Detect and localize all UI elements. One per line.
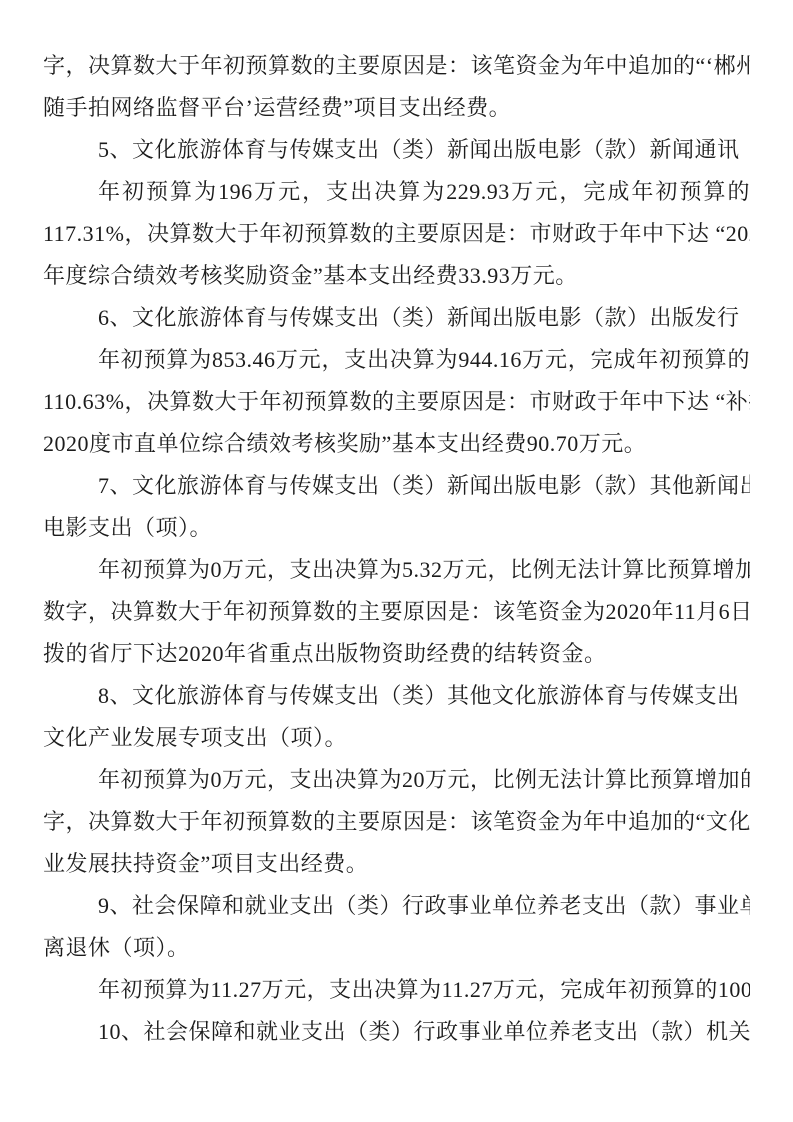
text-line: 年初预算为0万元，支出决算为5.32万元，比例无法计算比预算增加的 bbox=[43, 549, 750, 591]
text-line: 6、文化旅游体育与传媒支出（类）新闻出版电影（款）出版发行（项）。 bbox=[43, 297, 750, 339]
text-line: 业发展扶持资金”项目支出经费。 bbox=[43, 843, 750, 885]
text-line: 8、文化旅游体育与传媒支出（类）其他文化旅游体育与传媒支出（款） bbox=[43, 675, 750, 717]
text-line: 数字，决算数大于年初预算数的主要原因是：该笔资金为2020年11月6日下 bbox=[43, 591, 750, 633]
paragraph: 字，决算数大于年初预算数的主要原因是：该笔资金为年中追加的“‘郴州随手拍网络监督… bbox=[43, 45, 750, 129]
paragraph: 9、社会保障和就业支出（类）行政事业单位养老支出（款）事业单位离退休（项）。 bbox=[43, 885, 750, 969]
paragraph: 5、文化旅游体育与传媒支出（类）新闻出版电影（款）新闻通讯（项）。 bbox=[43, 129, 750, 171]
paragraph: 年初预算为0万元，支出决算为5.32万元，比例无法计算比预算增加的数字，决算数大… bbox=[43, 549, 750, 675]
text-line: 字，决算数大于年初预算数的主要原因是：该笔资金为年中追加的“‘郴州 bbox=[43, 45, 750, 87]
text-line: 年初预算为11.27万元，支出决算为11.27万元，完成年初预算的100%。 bbox=[43, 969, 750, 1011]
paragraph: 8、文化旅游体育与传媒支出（类）其他文化旅游体育与传媒支出（款）文化产业发展专项… bbox=[43, 675, 750, 759]
paragraph: 年初预算为196万元，支出决算为229.93万元，完成年初预算的117.31%，… bbox=[43, 171, 750, 297]
text-line: 字，决算数大于年初预算数的主要原因是：该笔资金为年中追加的“文化产 bbox=[43, 801, 750, 843]
text-line: 离退休（项）。 bbox=[43, 927, 750, 969]
text-line: 9、社会保障和就业支出（类）行政事业单位养老支出（款）事业单位 bbox=[43, 885, 750, 927]
text-line: 110.63%，决算数大于年初预算数的主要原因是：市财政于年中下达 “补拨 bbox=[43, 381, 750, 423]
text-line: 2020度市直单位综合绩效考核奖励”基本支出经费90.70万元。 bbox=[43, 423, 750, 465]
paragraph: 年初预算为853.46万元，支出决算为944.16万元，完成年初预算的110.6… bbox=[43, 339, 750, 465]
text-line: 10、社会保障和就业支出（类）行政事业单位养老支出（款）机关事 bbox=[43, 1011, 750, 1053]
paragraph: 年初预算为11.27万元，支出决算为11.27万元，完成年初预算的100%。 bbox=[43, 969, 750, 1011]
text-line: 文化产业发展专项支出（项）。 bbox=[43, 717, 750, 759]
text-line: 电影支出（项）。 bbox=[43, 507, 750, 549]
text-line: 年初预算为196万元，支出决算为229.93万元，完成年初预算的 bbox=[43, 171, 750, 213]
text-line: 年初预算为853.46万元，支出决算为944.16万元，完成年初预算的 bbox=[43, 339, 750, 381]
paragraph: 年初预算为0万元，支出决算为20万元，比例无法计算比预算增加的数字，决算数大于年… bbox=[43, 759, 750, 885]
text-line: 随手拍网络监督平台’运营经费”项目支出经费。 bbox=[43, 87, 750, 129]
paragraph: 6、文化旅游体育与传媒支出（类）新闻出版电影（款）出版发行（项）。 bbox=[43, 297, 750, 339]
document-page: 字，决算数大于年初预算数的主要原因是：该笔资金为年中追加的“‘郴州随手拍网络监督… bbox=[0, 0, 793, 1122]
text-line: 117.31%，决算数大于年初预算数的主要原因是：市财政于年中下达 “2020 bbox=[43, 213, 750, 255]
text-line: 拨的省厅下达2020年省重点出版物资助经费的结转资金。 bbox=[43, 633, 750, 675]
document-body: 字，决算数大于年初预算数的主要原因是：该笔资金为年中追加的“‘郴州随手拍网络监督… bbox=[43, 45, 750, 1053]
paragraph: 10、社会保障和就业支出（类）行政事业单位养老支出（款）机关事 bbox=[43, 1011, 750, 1053]
text-line: 5、文化旅游体育与传媒支出（类）新闻出版电影（款）新闻通讯（项）。 bbox=[43, 129, 750, 171]
text-line: 7、文化旅游体育与传媒支出（类）新闻出版电影（款）其他新闻出版 bbox=[43, 465, 750, 507]
text-line: 年度综合绩效考核奖励资金”基本支出经费33.93万元。 bbox=[43, 255, 750, 297]
paragraph: 7、文化旅游体育与传媒支出（类）新闻出版电影（款）其他新闻出版电影支出（项）。 bbox=[43, 465, 750, 549]
text-line: 年初预算为0万元，支出决算为20万元，比例无法计算比预算增加的数 bbox=[43, 759, 750, 801]
